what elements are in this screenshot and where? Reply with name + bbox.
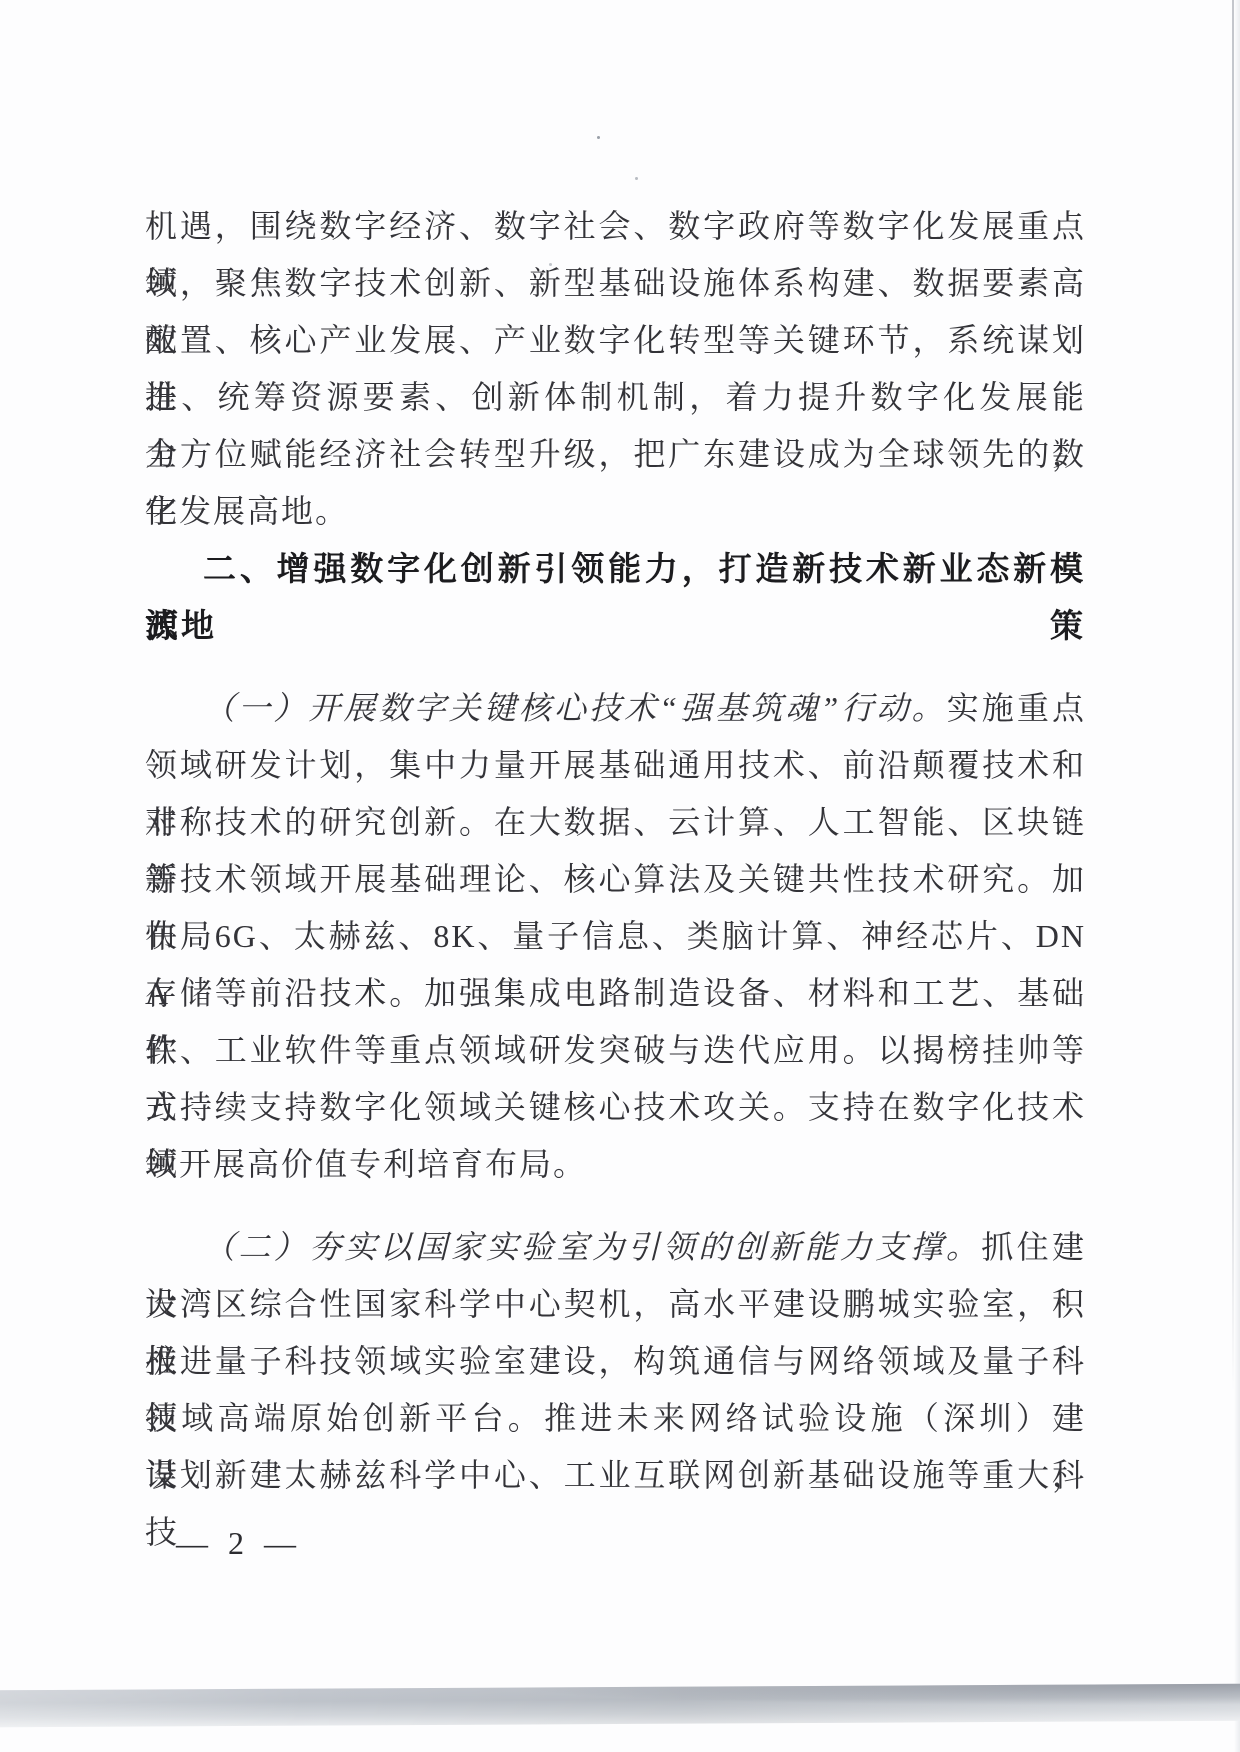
page-number: — 2 — xyxy=(176,1521,302,1566)
scan-bottom-shadow xyxy=(0,1684,1240,1728)
scanned-document-page: 机遇，围绕数字经济、数字社会、数字政府等数字化发展重点领 域，聚焦数字技术创新、… xyxy=(0,0,1240,1752)
paragraph-line: 件、工业软件等重点领域研发突破与迭代应用。以揭榜挂帅等方 xyxy=(145,1022,1086,1079)
scan-right-edge-shadow xyxy=(1234,0,1240,1752)
paragraph-last-line: 化发展高地。 xyxy=(145,483,1086,540)
paragraph-line: 领域研发计划，集中力量开展基础通用技术、前沿颠覆技术和非 xyxy=(145,737,1086,794)
paragraph-line: 进、统筹资源要素、创新体制机制，着力提升数字化发展能力， xyxy=(145,369,1086,426)
paragraph-line: 大湾区综合性国家科学中心契机，高水平建设鹏城实验室，积极 xyxy=(145,1276,1086,1333)
paragraph-line: 存储等前沿技术。加强集成电路制造设备、材料和工艺、基础软 xyxy=(145,965,1086,1022)
paragraph-line: 配置、核心产业发展、产业数字化转型等关键环节，系统谋划推 xyxy=(145,312,1086,369)
scan-speck xyxy=(549,263,552,266)
paragraph-line: 全方位赋能经济社会转型升级，把广东建设成为全球领先的数字 xyxy=(145,426,1086,483)
paragraph-line: 谋划新建太赫兹科学中心、工业互联网创新基础设施等重大科技 xyxy=(145,1447,1086,1504)
subsection-1-body-start: 实施重点 xyxy=(947,690,1086,726)
text-block: 机遇，围绕数字经济、数字社会、数字政府等数字化发展重点领 域，聚焦数字技术创新、… xyxy=(145,198,1086,1504)
paragraph-line: 领域高端原始创新平台。推进未来网络试验设施（深圳）建设， xyxy=(145,1390,1086,1447)
paragraph-line: 域，聚焦数字技术创新、新型基础设施体系构建、数据要素高效 xyxy=(145,255,1086,312)
subsection-1-opening-line: （一）开展数字关键核心技术“强基筑魂”行动。实施重点 xyxy=(145,680,1086,737)
subsection-2-number: （二） xyxy=(203,1229,309,1265)
subsection-1-number: （一） xyxy=(203,690,308,726)
subsection-1-title: 开展数字关键核心技术“强基筑魂”行动。 xyxy=(308,690,946,726)
paragraph-line: 布局6G、太赫兹、8K、量子信息、类脑计算、神经芯片、DNA xyxy=(145,908,1086,965)
paragraph-line: 式持续支持数字化领域关键核心技术攻关。支持在数字化技术领 xyxy=(145,1079,1086,1136)
subsection-2-opening-line: （二）夯实以国家实验室为引领的创新能力支撑。抓住建设 xyxy=(145,1219,1086,1276)
subsection-2-title: 夯实以国家实验室为引领的创新能力支撑。 xyxy=(309,1229,981,1265)
paragraph-last-line: 域开展高价值专利培育布局。 xyxy=(145,1136,1086,1193)
paragraph-line: 机遇，围绕数字经济、数字社会、数字政府等数字化发展重点领 xyxy=(145,198,1086,255)
paragraph-line: 新技术领域开展基础理论、核心算法及关键共性技术研究。加快 xyxy=(145,851,1086,908)
section-heading-line-1: 二、增强数字化创新引领能力，打造新技术新业态新模式策 xyxy=(145,540,1086,597)
paragraph-line: 推进量子科技领域实验室建设，构筑通信与网络领域及量子科技 xyxy=(145,1333,1086,1390)
scan-speck xyxy=(597,136,600,139)
paragraph-line: 对称技术的研究创新。在大数据、云计算、人工智能、区块链等 xyxy=(145,794,1086,851)
scan-speck xyxy=(635,177,638,180)
